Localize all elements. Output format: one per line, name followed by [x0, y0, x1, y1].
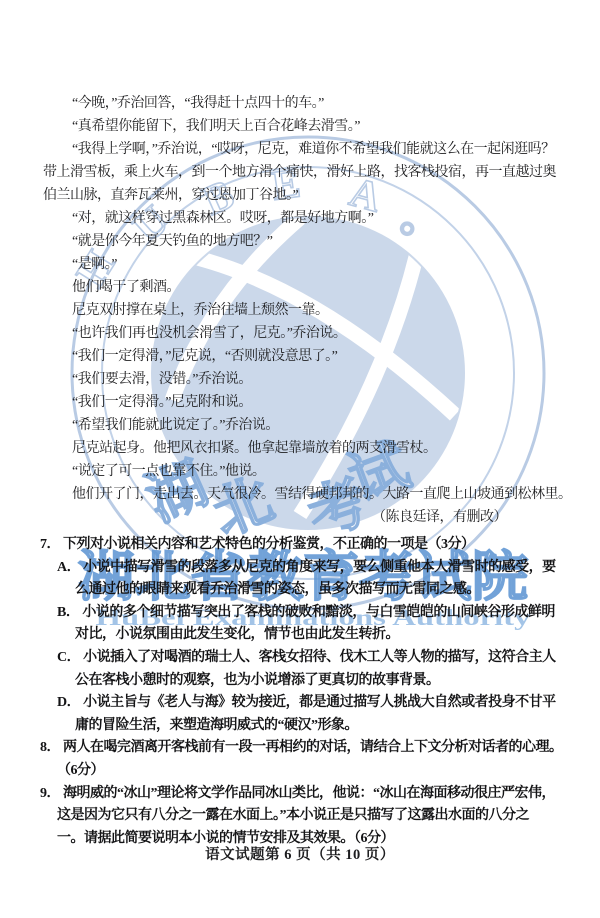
question-number: 8． — [40, 737, 60, 760]
exam-page: H U B E A 。 湖 北 考 试 “今晚，”乔治回答，“我得赶十点四十的车… — [0, 0, 600, 918]
text-line: 7．下列对小说相关内容和艺术特色的分析鉴赏，不正确的一项是（3分） — [0, 534, 600, 557]
text-line: D．小说主旨与《老人与海》较为接近，都是通过描写人挑战大自然或者投身不甘平 — [0, 692, 600, 715]
line-text: “是啊。” — [72, 257, 117, 272]
line-text: “我们要去滑，没错。”乔治说。 — [72, 372, 252, 387]
text-line: 么通过他的眼睛来观看乔治滑雪的姿态，虽多次描写而无雷同之感。 — [0, 579, 600, 602]
text-line: B．小说的多个细节描写突出了客栈的破败和黯淡，与白雪皑皑的山间峡谷形成鲜明 — [0, 602, 600, 625]
line-text: 小说中描写滑雪的段落多从尼克的角度来写，要么侧重他本人滑雪时的感受，要 — [83, 560, 556, 575]
line-text: 小说主旨与《老人与海》较为接近，都是通过描写人挑战大自然或者投身不甘平 — [83, 695, 556, 710]
text-line: （陈良廷译，有删改） — [0, 506, 600, 529]
line-text: 公在客栈小憩时的观察，也为小说增添了更真切的故事背景。 — [75, 673, 440, 688]
line-text: 对比，小说氛围由此发生变化，情节也由此发生转折。 — [75, 627, 399, 642]
text-line: 带上滑雪板，乘上火车，到一个地方滑个痛快，滑好上路，找客栈投宿，再一直越过奥 — [0, 161, 600, 184]
line-text: 海明威的“冰山”理论将文学作品同冰山类比，他说：“冰山在海面移动很庄严宏伟， — [63, 786, 555, 801]
line-text: “我得上学啊，”乔治说，“哎呀，尼克，难道你不希望我们能就这么在一起闲逛吗？ — [72, 142, 555, 157]
text-line: 公在客栈小憩时的观察，也为小说增添了更真切的故事背景。 — [0, 670, 600, 693]
text-line: 对比，小说氛围由此发生变化，情节也由此发生转折。 — [0, 624, 600, 647]
text-line: 他们喝干了剩酒。 — [0, 276, 600, 299]
text-line: 庸的冒险生活，来塑造海明威式的“硬汉”形象。 — [0, 715, 600, 738]
text-line: 这是因为它只有八分之一露在水面上。”本小说正是只描写了这露出水面的八分之 — [0, 805, 600, 828]
text-line: “我们一定得滑，”尼克说，“否则就没意思了。” — [0, 345, 600, 368]
text-line: “我们一定得滑。”尼克附和说。 — [0, 391, 600, 414]
text-line: “我得上学啊，”乔治说，“哎呀，尼克，难道你不希望我们能就这么在一起闲逛吗？ — [0, 138, 600, 161]
line-text: 小说插入了对喝酒的瑞士人、客栈女招待、伐木工人等人物的描写，这符合主人 — [83, 650, 556, 665]
line-text: 这是因为它只有八分之一露在水面上。”本小说正是只描写了这露出水面的八分之 — [57, 808, 529, 823]
line-text: “也许我们再也没机会滑雪了，尼克。”乔治说。 — [72, 326, 346, 341]
text-line: 8．两人在喝完酒离开客栈前有一段一再相约的对话，请结合上下文分析对话者的心理。 — [0, 737, 600, 760]
line-text: 小说的多个细节描写突出了客栈的破败和黯淡，与白雪皑皑的山间峡谷形成鲜明 — [82, 605, 555, 620]
question-number: D． — [57, 692, 80, 715]
line-text: （陈良廷译，有删改） — [372, 510, 507, 525]
line-text: “真希望你能留下，我们明天上百合花峰去滑雪。” — [72, 119, 360, 134]
line-text: “说定了可一点也靠不住。”他说。 — [72, 464, 265, 479]
line-text: “希望我们能就此说定了。”乔治说。 — [72, 418, 279, 433]
line-text: “我们一定得滑。”尼克附和说。 — [72, 395, 252, 410]
text-line: “我们要去滑，没错。”乔治说。 — [0, 368, 600, 391]
text-line: 他们开了门，走出去。天气很冷。雪结得硬邦邦的。大路一直爬上山坡通到松林里。 — [0, 483, 600, 506]
text-line: “希望我们能就此说定了。”乔治说。 — [0, 414, 600, 437]
line-text: “我们一定得滑，”尼克说，“否则就没意思了。” — [72, 349, 337, 364]
text-line: “真希望你能留下，我们明天上百合花峰去滑雪。” — [0, 115, 600, 138]
line-text: 庸的冒险生活，来塑造海明威式的“硬汉”形象。 — [75, 718, 358, 733]
text-line: 尼克站起身。他把风衣扣紧。他拿起靠墙放着的两支滑雪杖。 — [0, 437, 600, 460]
text-line: （6分） — [0, 760, 600, 783]
text-line: “对，就这样穿过黑森林区。哎呀，都是好地方啊。” — [0, 207, 600, 230]
question-number: A． — [57, 557, 80, 580]
text-line: A．小说中描写滑雪的段落多从尼克的角度来写，要么侧重他本人滑雪时的感受，要 — [0, 557, 600, 580]
text-line: 伯兰山脉，直奔瓦莱州，穿过恩加丁谷地。” — [0, 184, 600, 207]
text-line: “今晚，”乔治回答，“我得赶十点四十的车。” — [0, 92, 600, 115]
text-line: 9．海明威的“冰山”理论将文学作品同冰山类比，他说：“冰山在海面移动很庄严宏伟， — [0, 783, 600, 806]
line-text: （6分） — [57, 763, 104, 778]
text-line: “就是你今年夏天钓鱼的地方吧？” — [0, 230, 600, 253]
line-text: 尼克双肘撑在桌上，乔治往墙上颓然一靠。 — [72, 303, 329, 318]
line-text: 伯兰山脉，直奔瓦莱州，穿过恩加丁谷地。” — [43, 188, 298, 203]
text-line: “是啊。” — [0, 253, 600, 276]
text-line: 尼克双肘撑在桌上，乔治往墙上颓然一靠。 — [0, 299, 600, 322]
line-text: 他们开了门，走出去。天气很冷。雪结得硬邦邦的。大路一直爬上山坡通到松林里。 — [72, 487, 572, 502]
question-number: 9． — [40, 783, 60, 806]
text-line: “也许我们再也没机会滑雪了，尼克。”乔治说。 — [0, 322, 600, 345]
line-text: “对，就这样穿过黑森林区。哎呀，都是好地方啊。” — [72, 211, 373, 226]
text-line: C．小说插入了对喝酒的瑞士人、客栈女招待、伐木工人等人物的描写，这符合主人 — [0, 647, 600, 670]
line-text: 他们喝干了剩酒。 — [72, 280, 180, 295]
question-number: C． — [57, 647, 80, 670]
line-text: 么通过他的眼睛来观看乔治滑雪的姿态，虽多次描写而无雷同之感。 — [75, 582, 480, 597]
question-number: B． — [57, 602, 79, 625]
line-text: “就是你今年夏天钓鱼的地方吧？” — [72, 234, 272, 249]
line-text: 下列对小说相关内容和艺术特色的分析鉴赏，不正确的一项是（3分） — [63, 537, 475, 552]
line-text: 带上滑雪板，乘上火车，到一个地方滑个痛快，滑好上路，找客栈投宿，再一直越过奥 — [43, 165, 556, 180]
line-text: “今晚，”乔治回答，“我得赶十点四十的车。” — [72, 96, 324, 111]
page-footer: 语文试题第 6 页（共 10 页） — [0, 843, 600, 864]
exam-body: “今晚，”乔治回答，“我得赶十点四十的车。”“真希望你能留下，我们明天上百合花峰… — [0, 92, 600, 850]
line-text: 尼克站起身。他把风衣扣紧。他拿起靠墙放着的两支滑雪杖。 — [72, 441, 437, 456]
line-text: 两人在喝完酒离开客栈前有一段一再相约的对话，请结合上下文分析对话者的心理。 — [63, 740, 563, 755]
question-number: 7． — [40, 534, 60, 557]
text-line: “说定了可一点也靠不住。”他说。 — [0, 460, 600, 483]
